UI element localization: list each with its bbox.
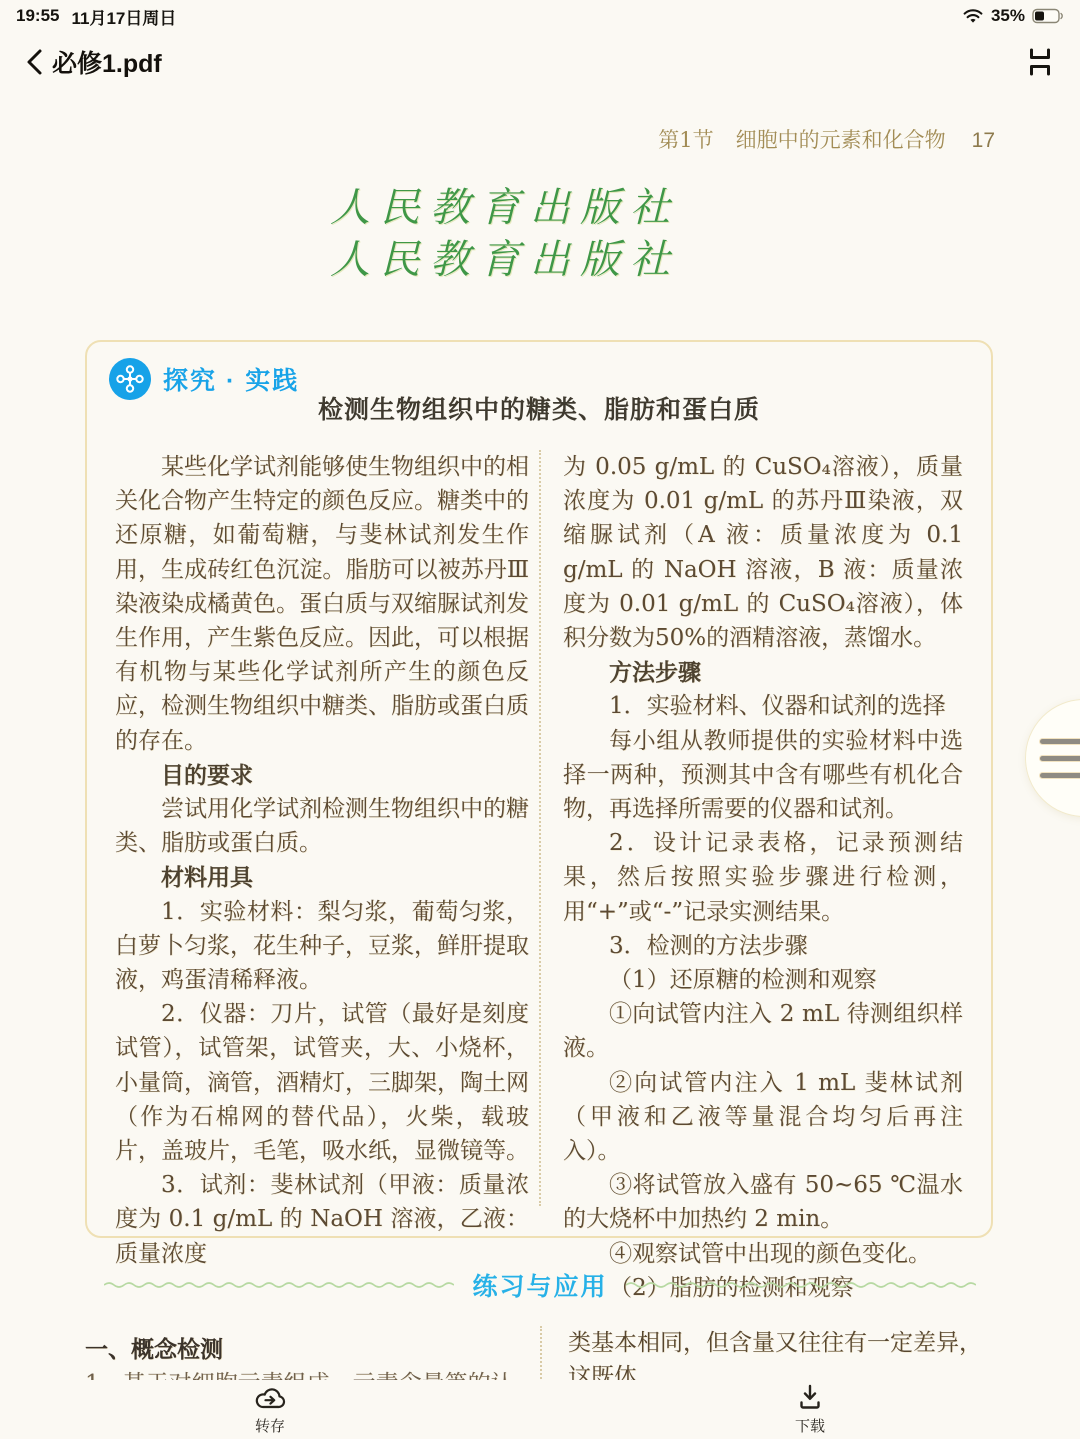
paragraph: 2．设计记录表格，记录预测结果，然后按照实验步骤进行检测，用“+”或“-”记录实…: [563, 826, 963, 929]
document-title: 必修1.pdf: [52, 44, 162, 80]
back-button[interactable]: 必修1.pdf: [24, 44, 162, 80]
paragraph: （1）还原糖的检测和观察: [563, 963, 963, 997]
save-to-cloud-button[interactable]: 转存: [210, 1382, 330, 1436]
subheading: 材料用具: [115, 860, 529, 894]
paragraph: ③将试管放入盛有 50~65 ℃温水的大烧杯中加热约 2 min。: [563, 1168, 963, 1236]
page-number: 17: [972, 129, 995, 152]
reader-mode-button[interactable]: [1024, 46, 1056, 78]
watermark-line: 人民教育出版社: [0, 234, 1010, 286]
left-column: 某些化学试剂能够使生物组织中的相关化合物产生特定的颜色反应。糖类中的还原糖，如葡…: [87, 450, 539, 1206]
bottom-toolbar: 转存 下载: [0, 1380, 1080, 1439]
paragraph: 3．检测的方法步骤: [563, 929, 963, 963]
download-button-label: 下载: [795, 1415, 825, 1436]
paragraph: 3．试剂：斐林试剂（甲液：质量浓度为 0.1 g/mL 的 NaOH 溶液，乙液…: [115, 1168, 529, 1271]
activity-columns: 某些化学试剂能够使生物组织中的相关化合物产生特定的颜色反应。糖类中的还原糖，如葡…: [87, 450, 991, 1206]
wifi-icon: [962, 7, 984, 25]
date: 11月17日周日: [71, 4, 176, 29]
download-button[interactable]: 下载: [750, 1382, 870, 1436]
paragraph: 尝试用化学试剂检测生物组织中的糖类、脂肪或蛋白质。: [115, 792, 529, 860]
back-chevron-icon: [24, 47, 44, 77]
pdf-page-header: 第1节细胞中的元素和化合物17: [0, 124, 995, 154]
publisher-watermark: 人民教育出版社 人民教育出版社: [0, 182, 1010, 286]
reader-mode-icon: [1024, 46, 1056, 78]
nav-bar: 必修1.pdf: [0, 36, 1080, 88]
exercise-title: 练习与应用: [472, 1267, 607, 1303]
exercise-subsection-heading: 一、概念检测: [85, 1326, 520, 1366]
download-icon: [795, 1382, 825, 1412]
activity-box: 探究 · 实践 检测生物组织中的糖类、脂肪和蛋白质 某些化学试剂能够使生物组织中…: [85, 340, 993, 1238]
section-title: 细胞中的元素和化合物: [736, 128, 946, 152]
battery-icon: [1032, 8, 1064, 24]
right-column: 为 0.05 g/mL 的 CuSO₄溶液），质量浓度为 0.01 g/mL 的…: [539, 450, 991, 1206]
exercise-divider: 练习与应用: [0, 1262, 1080, 1308]
wavy-line-left: [104, 1280, 454, 1290]
page-menu-handle[interactable]: [1025, 699, 1080, 817]
section-number: 第1节: [658, 128, 713, 152]
paragraph: 1．实验材料：梨匀浆，葡萄匀浆，白萝卜匀浆，花生种子，豆浆，鲜肝提取液，鸡蛋清稀…: [115, 895, 529, 998]
paragraph: 为 0.05 g/mL 的 CuSO₄溶液），质量浓度为 0.01 g/mL 的…: [563, 450, 963, 655]
paragraph: ①向试管内注入 2 mL 待测组织样液。: [563, 997, 963, 1065]
activity-title: 检测生物组织中的糖类、脂肪和蛋白质: [87, 390, 991, 426]
wavy-line-right: [626, 1280, 976, 1290]
subheading: 目的要求: [115, 758, 529, 792]
paragraph: 每小组从教师提供的实验材料中选择一两种，预测其中含有哪些有机化合物，再选择所需要…: [563, 724, 963, 827]
paragraph: 2．仪器：刀片，试管（最好是刻度试管），试管架，试管夹，大、小烧杯，小量筒，滴管…: [115, 997, 529, 1168]
clock: 19:55: [16, 6, 59, 26]
hamburger-icon: [1040, 739, 1080, 744]
paragraph: ②向试管内注入 1 mL 斐林试剂（甲液和乙液等量混合均匀后再注入）。: [563, 1066, 963, 1169]
save-button-label: 转存: [255, 1415, 285, 1436]
screen: 19:55 11月17日周日 35% 必修1.pdf: [0, 0, 1080, 1439]
paragraph: 某些化学试剂能够使生物组织中的相关化合物产生特定的颜色反应。糖类中的还原糖，如葡…: [115, 450, 529, 758]
paragraph: 1．实验材料、仪器和试剂的选择: [563, 689, 963, 723]
subheading: 方法步骤: [563, 655, 963, 689]
battery-percent: 35%: [991, 6, 1025, 26]
watermark-line: 人民教育出版社: [0, 182, 1010, 234]
status-bar: 19:55 11月17日周日 35%: [0, 0, 1080, 32]
cloud-forward-icon: [253, 1382, 287, 1412]
